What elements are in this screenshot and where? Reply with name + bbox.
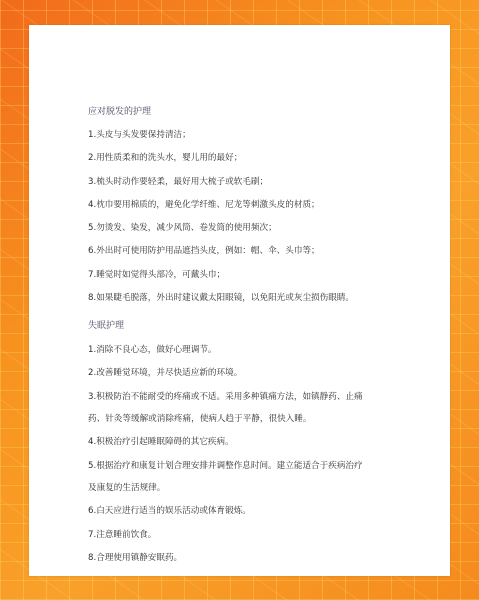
list-item-continuation: 药、针灸等缓解或消除疼痛，使病人趋于平静，很快入睡。 xyxy=(88,413,448,425)
list-item: 8.如果睫毛脱落，外出时建议戴太阳眼镜，以免阳光或灰尘损伤眼睛。 xyxy=(88,292,448,304)
document-card: 应对脱发的护理 1.头皮与头发要保持清洁； 2.用性质柔和的洗头水，婴儿用的最好… xyxy=(29,25,450,576)
section-title: 失眠护理 xyxy=(88,320,448,332)
list-item: 7.睡觉时如觉得头部冷，可戴头巾； xyxy=(88,269,448,281)
document-content: 应对脱发的护理 1.头皮与头发要保持清洁； 2.用性质柔和的洗头水，婴儿用的最好… xyxy=(88,77,448,304)
list-item: 1.头皮与头发要保持清洁； xyxy=(88,129,448,141)
list-item: 5.勿烫发、染发，减少风筒、卷发筒的使用频次； xyxy=(88,222,448,234)
list-item-continuation: 及康复的生活规律。 xyxy=(88,482,448,494)
list-item: 2.用性质柔和的洗头水，婴儿用的最好； xyxy=(88,152,448,164)
list-item: 5.根据治疗和康复计划合理安排并调整作息时间。建立能适合于疾病治疗 xyxy=(88,460,448,472)
section-insomnia-care: 失眠护理 1.消除不良心态，做好心理调节。 2.改善睡觉环境，并尽快适应新的环境… xyxy=(88,320,448,564)
section-title: 应对脱发的护理 xyxy=(88,106,448,118)
list-item: 3.梳头时动作要轻柔，最好用大梳子或软毛刷； xyxy=(88,176,448,188)
section-hair-loss-care: 应对脱发的护理 1.头皮与头发要保持清洁； 2.用性质柔和的洗头水，婴儿用的最好… xyxy=(88,106,448,304)
list-item: 3.积极防治不能耐受的疼痛或不适。采用多种镇痛方法，如镇静药、止痛 xyxy=(88,391,448,403)
list-item: 4.枕巾要用棉质的，避免化学纤维、尼龙等刺激头皮的材质； xyxy=(88,199,448,211)
list-item: 6.白天应进行适当的娱乐活动或体育锻炼。 xyxy=(88,505,448,517)
list-item: 8.合理使用镇静安眠药。 xyxy=(88,552,448,564)
list-item: 6.外出时可使用防护用品遮挡头皮，例如：帽、伞、头巾等； xyxy=(88,245,448,257)
list-item: 2.改善睡觉环境，并尽快适应新的环境。 xyxy=(88,367,448,379)
list-item: 7.注意睡前饮食。 xyxy=(88,529,448,541)
list-item: 4.积极治疗引起睡眠障碍的其它疾病。 xyxy=(88,436,448,448)
list-item: 1.消除不良心态，做好心理调节。 xyxy=(88,344,448,356)
